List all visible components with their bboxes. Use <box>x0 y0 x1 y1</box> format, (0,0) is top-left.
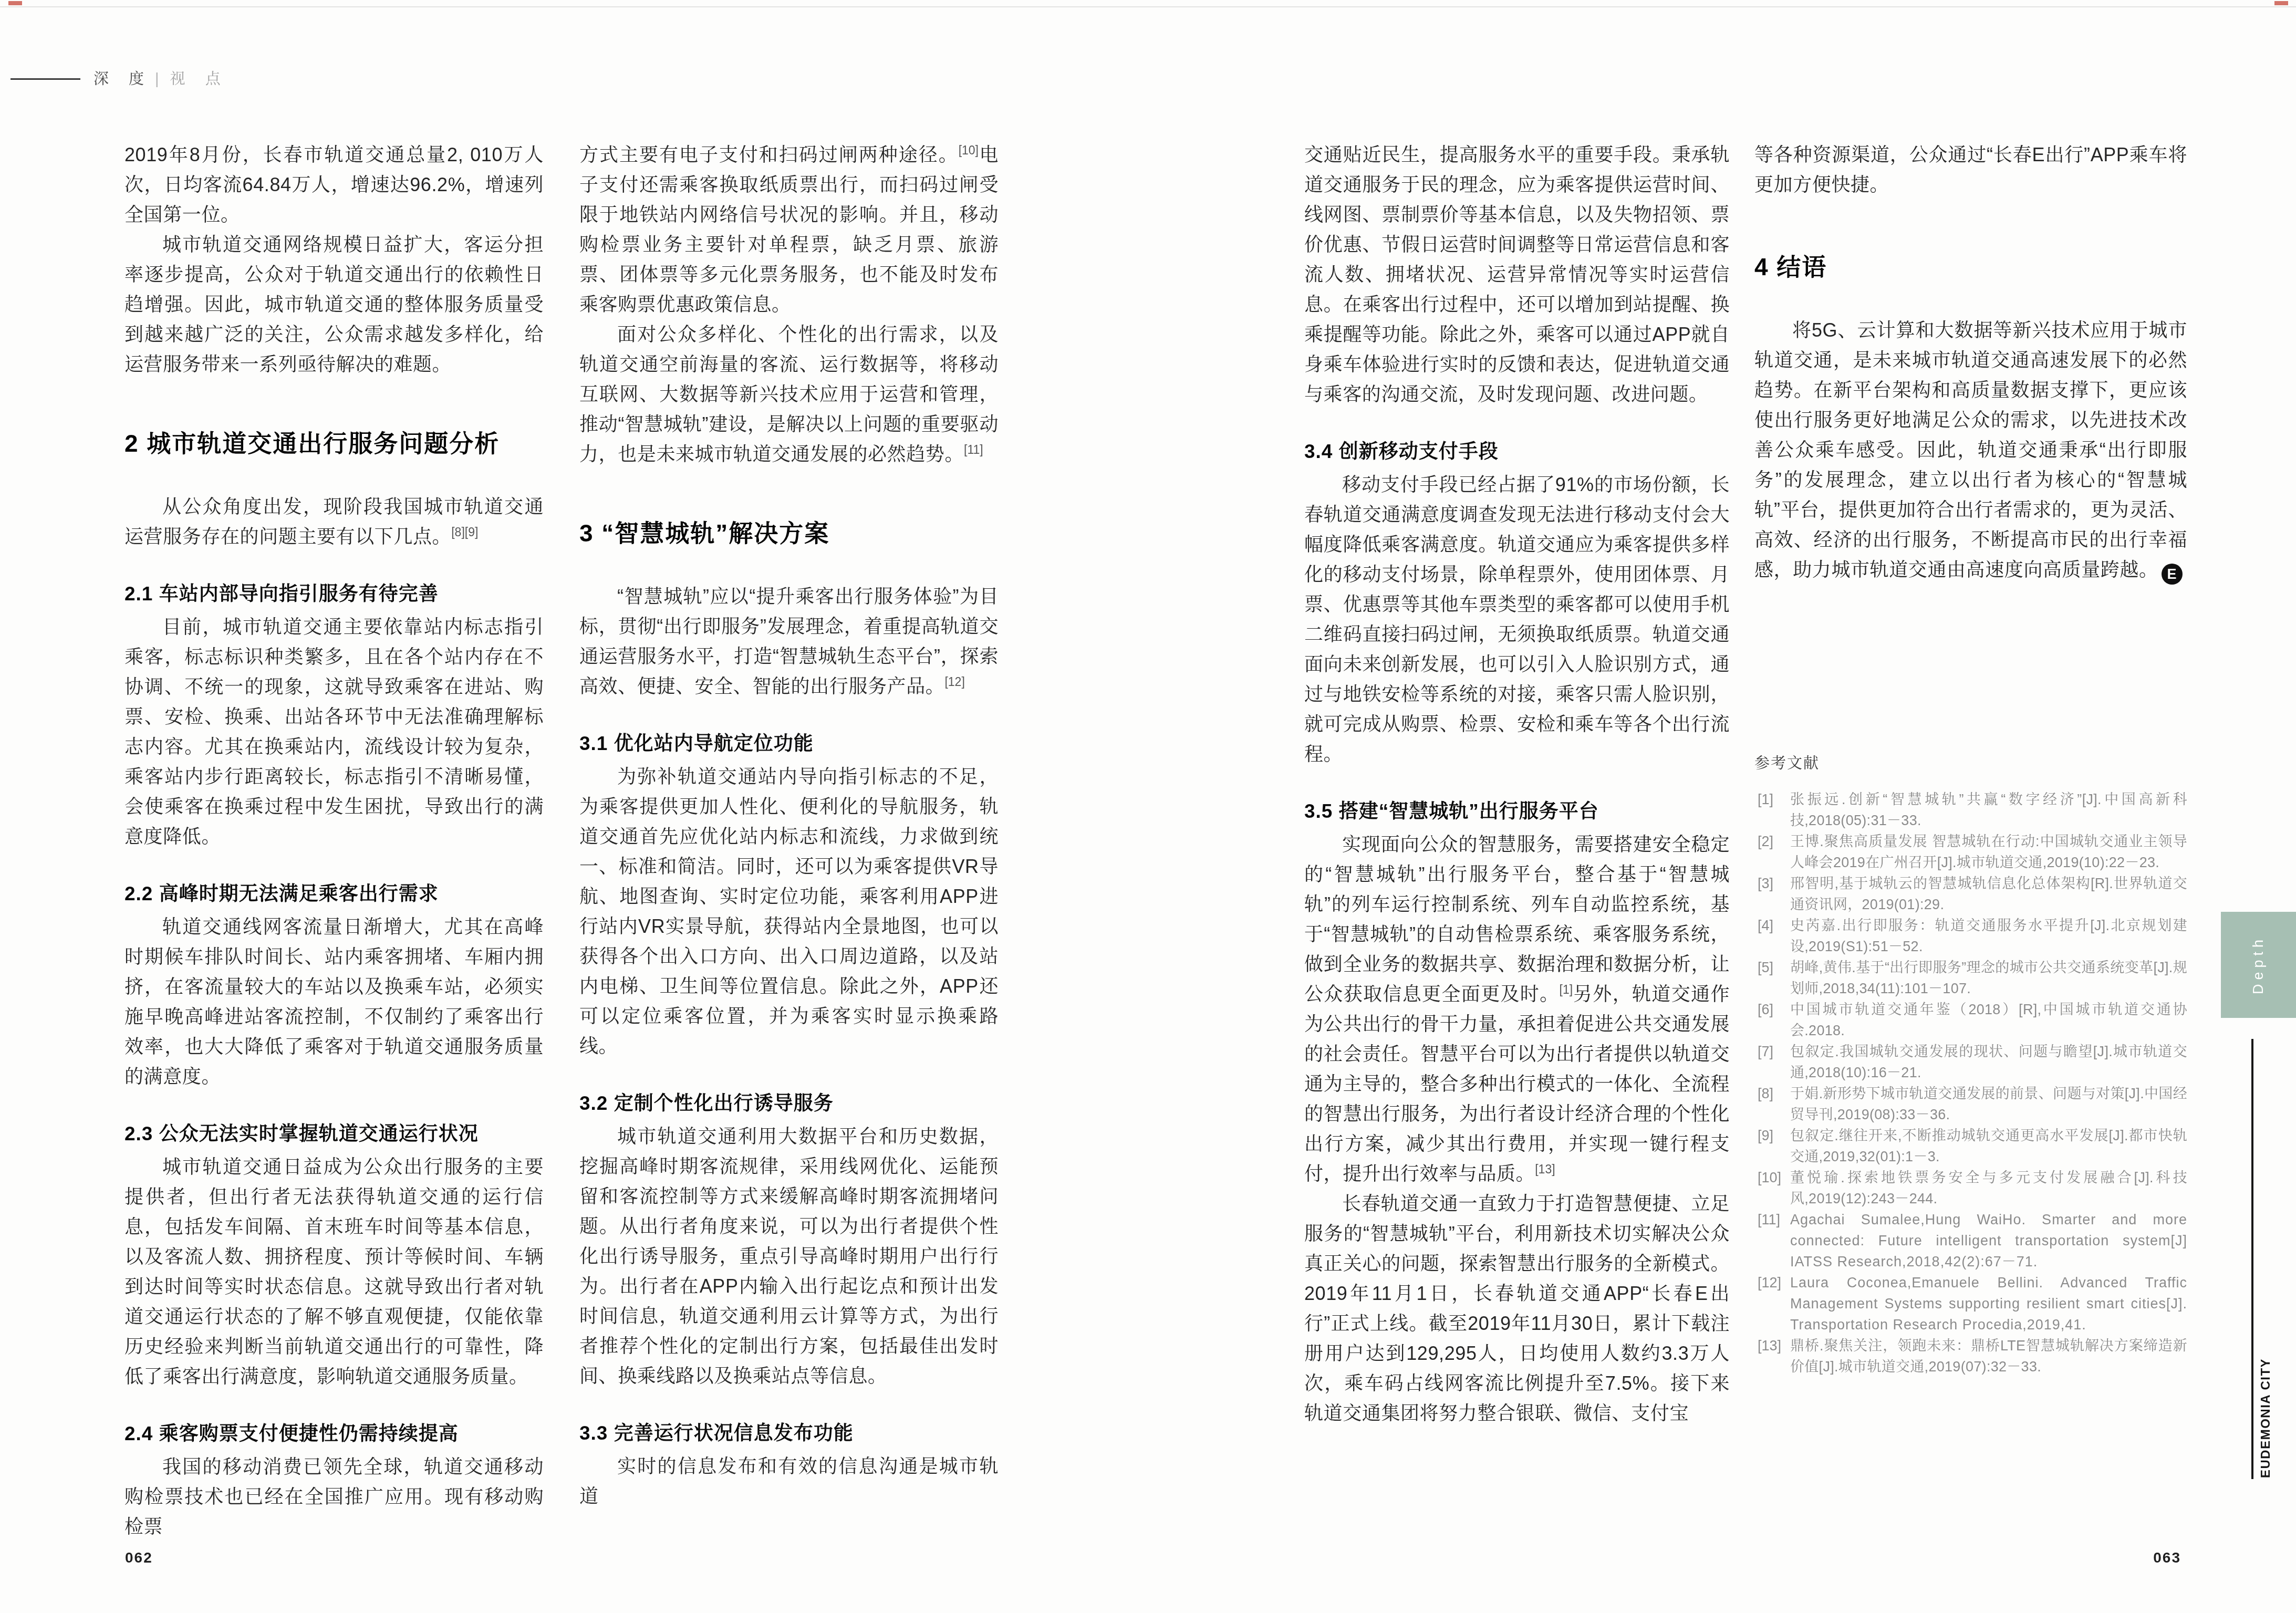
reference-number: [2] <box>1758 831 1790 852</box>
paragraph: 实现面向公众的智慧服务，需要搭建安全稳定的“智慧城轨”出行服务平台，整合基于“智… <box>1304 829 1730 1189</box>
paragraph: 面对公众多样化、个性化的出行需求，以及轨道交通空前海量的客流、运行数据等，将移动… <box>579 319 999 469</box>
paragraph: “智慧城轨”应以“提升乘客出行服务体验”为目标，贯彻“出行即服务”发展理念，着重… <box>579 581 999 701</box>
subheading-3-5: 3.5 搭建“智慧城轨”出行服务平台 <box>1304 798 1730 825</box>
reference-text: 董悦瑜.探索地铁票务安全与多元支付发展融合[J].科技风,2019(12):24… <box>1790 1167 2187 1209</box>
crop-mark-right <box>2274 1 2288 5</box>
reference-item: [11]Agachai Sumalee,Hung WaiHo. Smarter … <box>1758 1209 2187 1272</box>
reference-list: [1]张振远.创新“智慧城轨”共赢“数字经济”[J].中国高新科技,2018(0… <box>1754 789 2187 1377</box>
section-edge-tab: Depth <box>2221 912 2296 1018</box>
reference-number: [9] <box>1758 1125 1790 1146</box>
page-number-left: 062 <box>125 1549 153 1566</box>
reference-item: [8]于娟.新形势下城市轨道交通发展的前景、问题与对策[J].中国经贸导刊,20… <box>1758 1083 2187 1125</box>
paragraph-text: 另外，轨道交通作为公共出行的骨干力量，承担着促进公共交通发展的社会责任。智慧平台… <box>1304 983 1730 1184</box>
reference-item: [4]史芮嘉.出行即服务：轨道交通服务水平提升[J].北京规划建设,2019(S… <box>1758 915 2187 957</box>
paragraph: 将5G、云计算和大数据等新兴技术应用于城市轨道交通，是未来城市轨道交通高速发展下… <box>1754 315 2187 585</box>
reference-text: Agachai Sumalee,Hung WaiHo. Smarter and … <box>1790 1209 2187 1272</box>
reference-text: 王博.聚焦高质量发展 智慧城轨在行动:中国城轨交通业主领导人峰会2019在广州召… <box>1790 831 2187 873</box>
reference-number: [6] <box>1758 999 1790 1020</box>
citation-marker: [10] <box>959 143 979 157</box>
paragraph: 等各种资源渠道，公众通过“长春E出行”APP乘车将更加方便快捷。 <box>1754 140 2187 200</box>
citation-marker: [8][9] <box>451 525 478 539</box>
reference-number: [7] <box>1758 1041 1790 1062</box>
reference-text: 中国城市轨道交通年鉴（2018）[R],中国城市轨道交通协会.2018. <box>1790 999 2187 1041</box>
paragraph: 交通贴近民生，提高服务水平的重要手段。秉承轨道交通服务于民的理念，应为乘客提供运… <box>1304 140 1730 409</box>
subheading-2-2: 2.2 高峰时期无法满足乘客出行需求 <box>124 880 544 908</box>
running-head-section: 深 度 <box>93 71 152 88</box>
reference-item: [6]中国城市轨道交通年鉴（2018）[R],中国城市轨道交通协会.2018. <box>1758 999 2187 1041</box>
paragraph: 长春轨道交通一直致力于打造智慧便捷、立足服务的“智慧城轨”平台，利用新技术切实解… <box>1304 1189 1730 1428</box>
column-4: 等各种资源渠道，公众通过“长春E出行”APP乘车将更加方便快捷。 4 结语 将5… <box>1754 140 2187 1377</box>
reference-item: [1]张振远.创新“智慧城轨”共赢“数字经济”[J].中国高新科技,2018(0… <box>1758 789 2187 831</box>
paragraph: 城市轨道交通网络规模日益扩大，客运分担率逐步提高，公众对于轨道交通出行的依赖性日… <box>124 230 544 379</box>
subheading-2-3: 2.3 公众无法实时掌握轨道交通运行状况 <box>124 1120 544 1148</box>
reference-text: 胡峰,黄伟.基于“出行即服务”理念的城市公共交通系统变革[J].规划师,2018… <box>1790 957 2187 999</box>
paragraph-text: 电子支付还需乘客换取纸质票出行，而扫码过闸受限于地铁站内网络信号状况的影响。并且… <box>579 144 999 315</box>
paragraph: 轨道交通线网客流量日渐增大，尤其在高峰时期候车排队时间长、站内乘客拥堵、车厢内拥… <box>124 912 544 1091</box>
section-heading-3: 3 “智慧城轨”解决方案 <box>579 516 999 550</box>
reference-item: [10]董悦瑜.探索地铁票务安全与多元支付发展融合[J].科技风,2019(12… <box>1758 1167 2187 1209</box>
citation-marker: [13] <box>1535 1162 1555 1176</box>
paragraph-text: 方式主要有电子支付和扫码过闸两种途径。 <box>579 144 959 165</box>
subheading-2-4: 2.4 乘客购票支付便捷性仍需持续提高 <box>124 1420 544 1448</box>
paragraph: 目前，城市轨道交通主要依靠站内标志指引乘客，标志标识种类繁多，且在各个站内存在不… <box>124 612 544 851</box>
paragraph: 方式主要有电子支付和扫码过闸两种途径。[10]电子支付还需乘客换取纸质票出行，而… <box>579 140 999 319</box>
subheading-3-1: 3.1 优化站内导航定位功能 <box>579 730 999 757</box>
reference-item: [2]王博.聚焦高质量发展 智慧城轨在行动:中国城轨交通业主领导人峰会2019在… <box>1758 831 2187 873</box>
paragraph: 2019年8月份，长春市轨道交通总量2, 010万人次，日均客流64.84万人，… <box>124 140 544 230</box>
reference-text: 张振远.创新“智慧城轨”共赢“数字经济”[J].中国高新科技,2018(05):… <box>1790 789 2187 831</box>
paragraph: 实时的信息发布和有效的信息沟通是城市轨道 <box>579 1451 999 1511</box>
reference-number: [8] <box>1758 1083 1790 1104</box>
reference-item: [7]包叙定.我国城轨交通发展的现状、问题与瞻望[J].城市轨道交通,2018(… <box>1758 1041 2187 1083</box>
citation-marker: [1] <box>1560 983 1573 996</box>
paragraph-text: 将5G、云计算和大数据等新兴技术应用于城市轨道交通，是未来城市轨道交通高速发展下… <box>1754 319 2187 580</box>
edge-rule <box>2251 1039 2253 1479</box>
reference-number: [5] <box>1758 957 1790 978</box>
reference-number: [4] <box>1758 915 1790 936</box>
magazine-brand-vertical: EUDEMONIA CITY <box>2259 1293 2273 1478</box>
paragraph: 城市轨道交通利用大数据平台和历史数据，挖掘高峰时期客流规律，采用线网优化、运能预… <box>579 1121 999 1391</box>
reference-text: 鼎桥.聚焦关注，领跑未来：鼎桥LTE智慧城轨解决方案缔造新价值[J].城市轨道交… <box>1790 1335 2187 1377</box>
reference-item: [5]胡峰,黄伟.基于“出行即服务”理念的城市公共交通系统变革[J].规划师,2… <box>1758 957 2187 999</box>
paragraph-text: 面对公众多样化、个性化的出行需求，以及轨道交通空前海量的客流、运行数据等，将移动… <box>579 324 999 465</box>
column-3: 交通贴近民生，提高服务水平的重要手段。秉承轨道交通服务于民的理念，应为乘客提供运… <box>1304 140 1730 1428</box>
section-edge-tab-label: Depth <box>2250 935 2267 994</box>
reference-number: [11] <box>1758 1209 1790 1230</box>
reference-text: 包叙定.继往开来,不断推动城轨交通更高水平发展[J].都市快轨交通,2019,3… <box>1790 1125 2187 1167</box>
end-of-article-mark: E <box>2162 564 2183 585</box>
paragraph: 从公众角度出发，现阶段我国城市轨道交通运营服务存在的问题主要有以下几点。[8][… <box>124 492 544 551</box>
paragraph: 城市轨道交通日益成为公众出行服务的主要提供者，但出行者无法获得轨道交通的运行信息… <box>124 1152 544 1391</box>
citation-marker: [11] <box>964 443 983 456</box>
reference-text: 史芮嘉.出行即服务：轨道交通服务水平提升[J].北京规划建设,2019(S1):… <box>1790 915 2187 957</box>
subheading-3-4: 3.4 创新移动支付手段 <box>1304 438 1730 465</box>
reference-number: [1] <box>1758 789 1790 810</box>
reference-text: Laura Coconea,Emanuele Bellini. Advanced… <box>1790 1272 2187 1335</box>
running-head-topic: 视 点 <box>170 71 228 88</box>
running-head: 深 度|视 点 <box>93 67 228 89</box>
magazine-spread: 深 度|视 点 2019年8月份，长春市轨道交通总量2, 010万人次，日均客流… <box>0 0 2296 1613</box>
paragraph: 我国的移动消费已领先全球，轨道交通移动购检票技术也已经在全国推广应用。现有移动购… <box>124 1452 544 1542</box>
reference-text: 邢智明,基于城轨云的智慧城轨信息化总体架构[R].世界轨道交通资讯网，2019(… <box>1790 873 2187 915</box>
reference-text: 于娟.新形势下城市轨道交通发展的前景、问题与对策[J].中国经贸导刊,2019(… <box>1790 1083 2187 1125</box>
paragraph: 移动支付手段已经占据了91%的市场份额，长春轨道交通满意度调查发现无法进行移动支… <box>1304 470 1730 769</box>
reference-item: [3]邢智明,基于城轨云的智慧城轨信息化总体架构[R].世界轨道交通资讯网，20… <box>1758 873 2187 915</box>
reference-text: 包叙定.我国城轨交通发展的现状、问题与瞻望[J].城市轨道交通,2018(10)… <box>1790 1041 2187 1083</box>
subheading-3-3: 3.3 完善运行状况信息发布功能 <box>579 1420 999 1447</box>
reference-number: [12] <box>1758 1272 1790 1293</box>
references-heading: 参考文献 <box>1754 752 2187 773</box>
column-2: 方式主要有电子支付和扫码过闸两种途径。[10]电子支付还需乘客换取纸质票出行，而… <box>579 140 999 1511</box>
subheading-3-2: 3.2 定制个性化出行诱导服务 <box>579 1090 999 1117</box>
page-top-edge <box>0 6 2296 7</box>
paragraph: 为弥补轨道交通站内导向指引标志的不足，为乘客提供更加人性化、便利化的导航服务，轨… <box>579 762 999 1061</box>
column-1: 2019年8月份，长春市轨道交通总量2, 010万人次，日均客流64.84万人，… <box>124 140 544 1542</box>
reference-item: [13]鼎桥.聚焦关注，领跑未来：鼎桥LTE智慧城轨解决方案缔造新价值[J].城… <box>1758 1335 2187 1377</box>
page-number-right: 063 <box>2122 1549 2181 1566</box>
citation-marker: [12] <box>944 675 964 689</box>
crop-mark-left <box>8 1 22 5</box>
reference-number: [3] <box>1758 873 1790 894</box>
paragraph-text: 从公众角度出发，现阶段我国城市轨道交通运营服务存在的问题主要有以下几点。 <box>124 496 544 547</box>
section-heading-2: 2 城市轨道交通出行服务问题分析 <box>124 426 544 460</box>
section-heading-4: 4 结语 <box>1754 250 2187 284</box>
running-head-divider: | <box>152 71 170 88</box>
references-section: 参考文献 [1]张振远.创新“智慧城轨”共赢“数字经济”[J].中国高新科技,2… <box>1754 752 2187 1377</box>
paragraph-text: “智慧城轨”应以“提升乘客出行服务体验”为目标，贯彻“出行即服务”发展理念，着重… <box>579 586 999 697</box>
subheading-2-1: 2.1 车站内部导向指引服务有待完善 <box>124 580 544 608</box>
paragraph-text: 实现面向公众的智慧服务，需要搭建安全稳定的“智慧城轨”出行服务平台，整合基于“智… <box>1304 834 1730 1005</box>
reference-number: [13] <box>1758 1335 1790 1356</box>
header-rule <box>11 78 80 80</box>
reference-number: [10] <box>1758 1167 1790 1188</box>
reference-item: [9]包叙定.继往开来,不断推动城轨交通更高水平发展[J].都市快轨交通,201… <box>1758 1125 2187 1167</box>
reference-item: [12]Laura Coconea,Emanuele Bellini. Adva… <box>1758 1272 2187 1335</box>
